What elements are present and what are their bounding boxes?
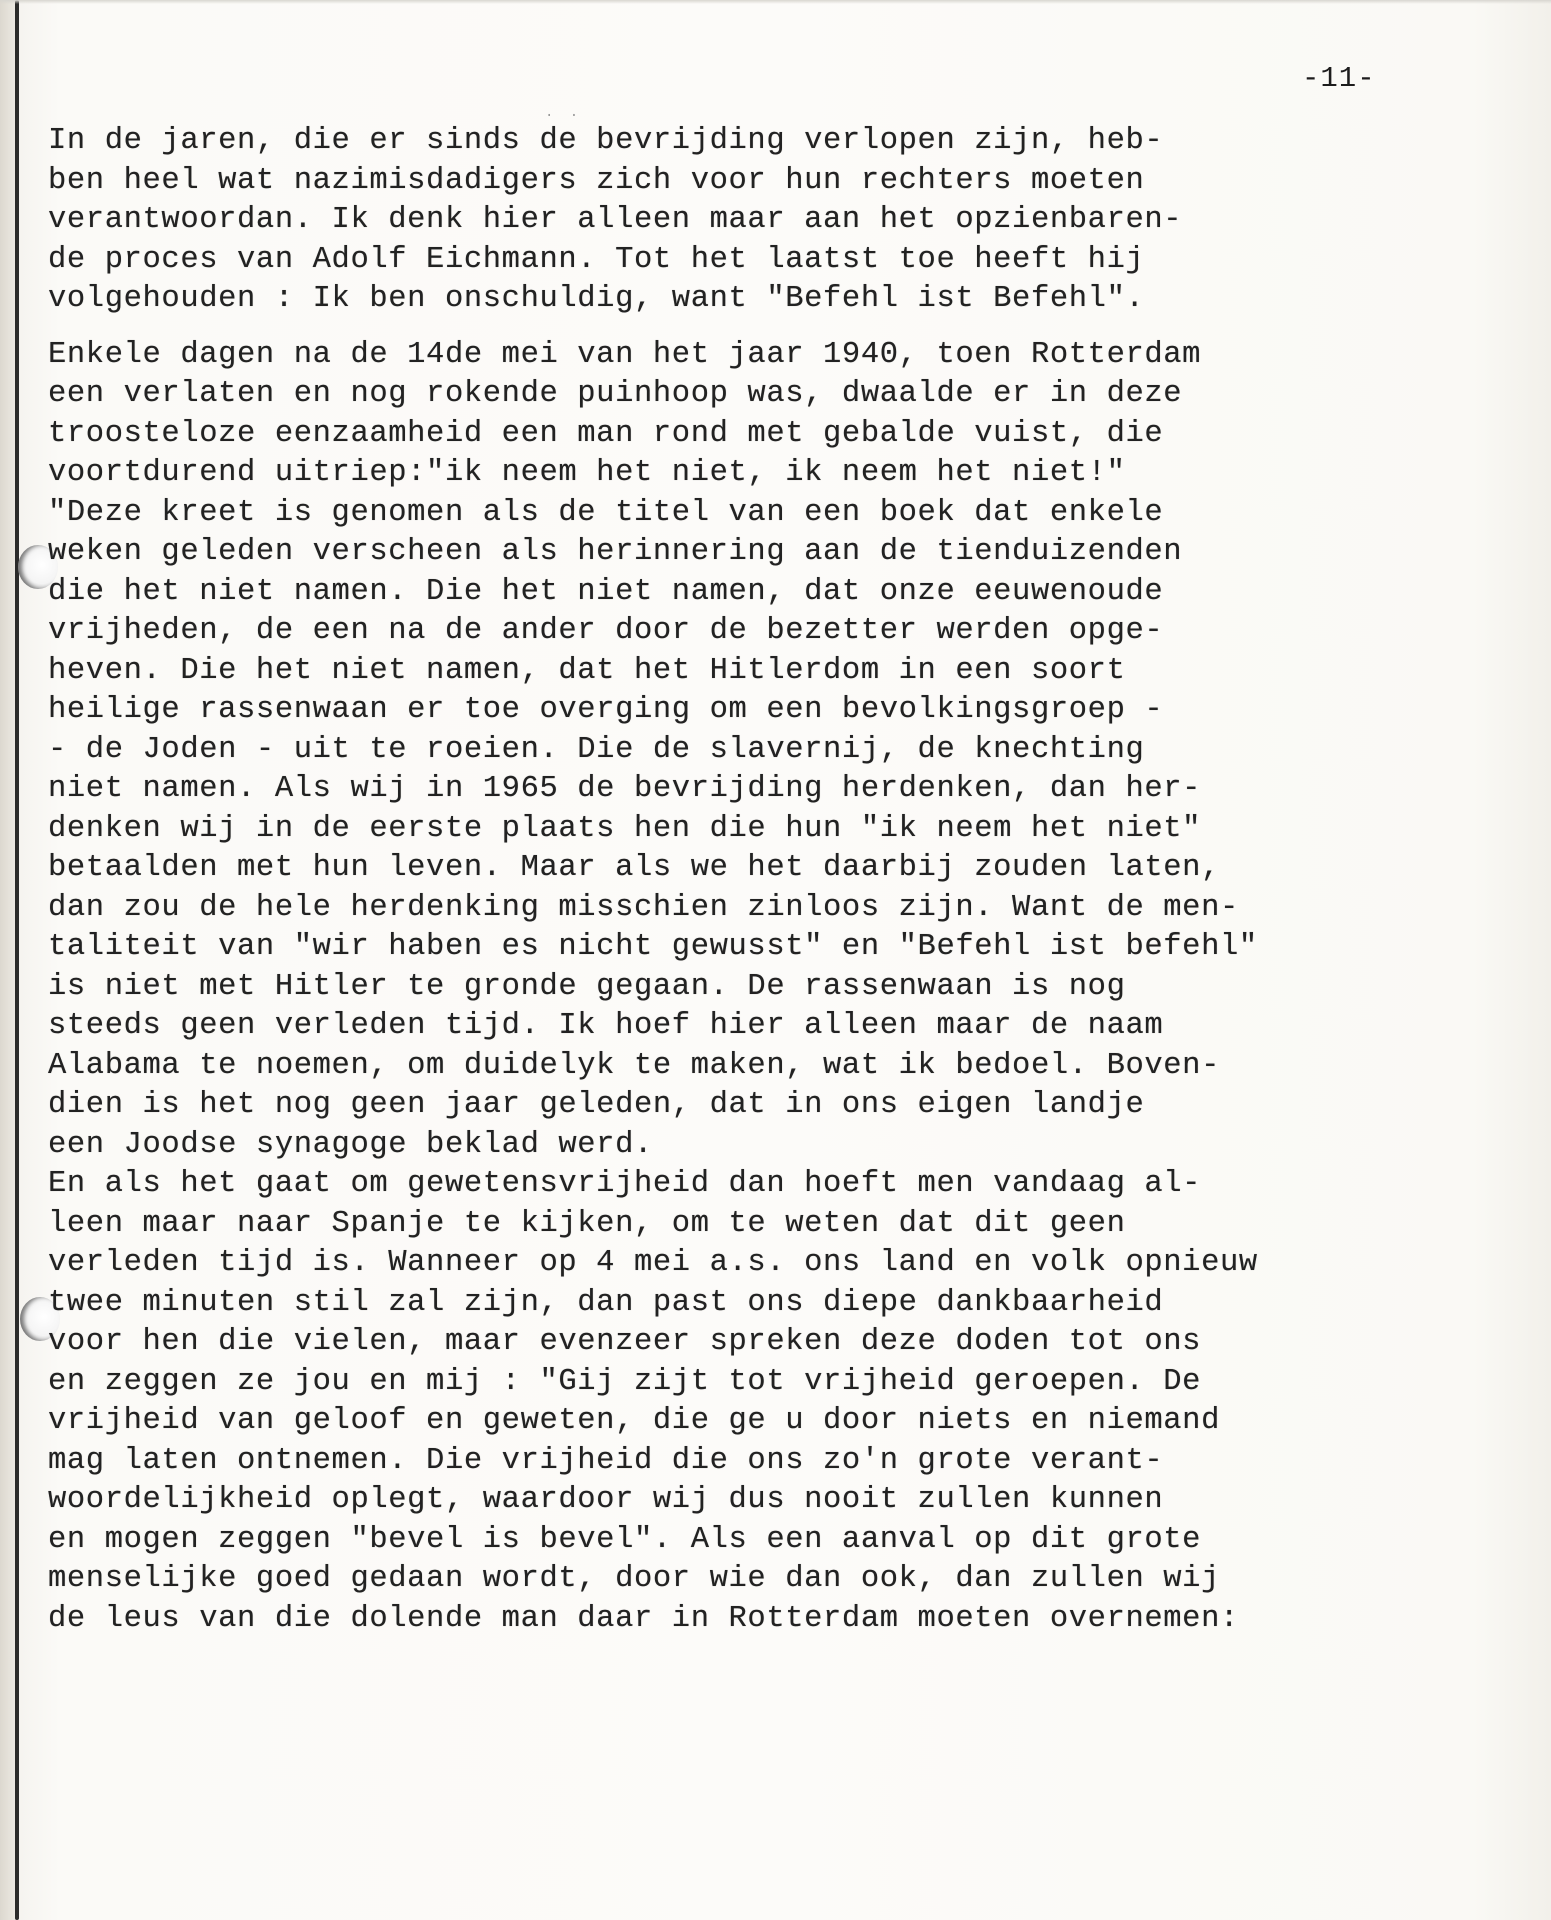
text-line: woordelijkheid oplegt, waardoor wij dus … [48,1481,1488,1521]
text-line: twee minuten stil zal zijn, dan past ons… [48,1284,1488,1324]
text-line: een Joodse synagoge beklad werd. [48,1126,1488,1166]
text-line: En als het gaat om gewetensvrijheid dan … [48,1165,1488,1205]
page-number: -11- [1302,62,1376,95]
text-line: volgehouden : Ik ben onschuldig, want "B… [48,280,1488,320]
text-line: betaalden met hun leven. Maar als we het… [48,849,1488,889]
text-line: - de Joden - uit te roeien. Die de slave… [48,731,1488,771]
binding-line [15,0,19,1920]
text-line: taliteit van "wir haben es nicht gewusst… [48,928,1488,968]
text-line: mag laten ontnemen. Die vrijheid die ons… [48,1442,1488,1482]
text-line: en zeggen ze jou en mij : "Gij zijt tot … [48,1363,1488,1403]
text-line: leen maar naar Spanje te kijken, om te w… [48,1205,1488,1245]
document-page: -11- · · In de jaren, die er sinds de be… [0,0,1551,1920]
text-line: vrijheid van geloof en geweten, die ge u… [48,1402,1488,1442]
text-line: verantwoordan. Ik denk hier alleen maar … [48,201,1488,241]
text-line: en mogen zeggen "bevel is bevel". Als ee… [48,1521,1488,1561]
text-line: dan zou de hele herdenking misschien zin… [48,889,1488,929]
text-line: steeds geen verleden tijd. Ik hoef hier … [48,1007,1488,1047]
text-line: In de jaren, die er sinds de bevrijding … [48,122,1488,162]
text-line: is niet met Hitler te gronde gegaan. De … [48,968,1488,1008]
text-line: voor hen die vielen, maar evenzeer sprek… [48,1323,1488,1363]
text-line: menselijke goed gedaan wordt, door wie d… [48,1560,1488,1600]
paragraph-2: Enkele dagen na de 14de mei van het jaar… [48,336,1488,1640]
body-text: In de jaren, die er sinds de bevrijding … [48,122,1488,1639]
text-line: een verlaten en nog rokende puinhoop was… [48,375,1488,415]
page-top-edge [0,0,1551,4]
text-line: vrijheden, de een na de ander door de be… [48,612,1488,652]
text-line: voortdurend uitriep:"ik neem het niet, i… [48,454,1488,494]
text-line: verleden tijd is. Wanneer op 4 mei a.s. … [48,1244,1488,1284]
text-line: "Deze kreet is genomen als de titel van … [48,494,1488,534]
paragraph-1: In de jaren, die er sinds de bevrijding … [48,122,1488,320]
text-line: heven. Die het niet namen, dat het Hitle… [48,652,1488,692]
text-line: die het niet namen. Die het niet namen, … [48,573,1488,613]
text-line: ben heel wat nazimisdadigers zich voor h… [48,162,1488,202]
text-line: Alabama te noemen, om duidelyk te maken,… [48,1047,1488,1087]
text-line: niet namen. Als wij in 1965 de bevrijdin… [48,770,1488,810]
text-line: dien is het nog geen jaar geleden, dat i… [48,1086,1488,1126]
text-line: troosteloze eenzaamheid een man rond met… [48,415,1488,455]
text-line: Enkele dagen na de 14de mei van het jaar… [48,336,1488,376]
text-line: weken geleden verscheen als herinnering … [48,533,1488,573]
text-line: de leus van die dolende man daar in Rott… [48,1600,1488,1640]
text-line: heilige rassenwaan er toe overging om ee… [48,691,1488,731]
text-line: de proces van Adolf Eichmann. Tot het la… [48,241,1488,281]
text-line: denken wij in de eerste plaats hen die h… [48,810,1488,850]
